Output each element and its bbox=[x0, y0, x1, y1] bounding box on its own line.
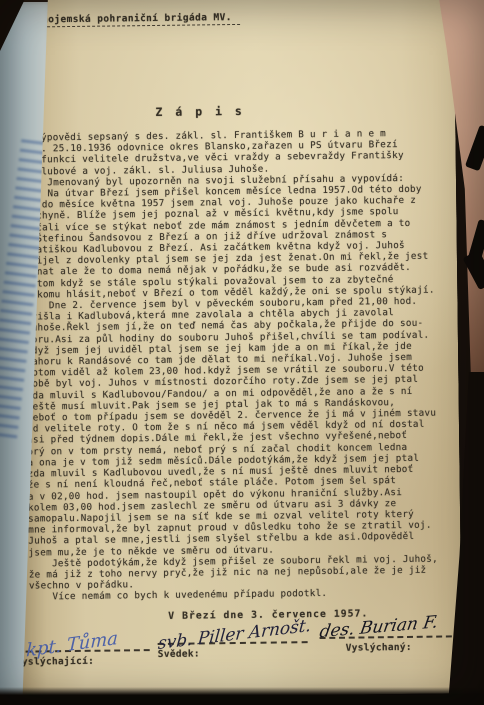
document-page: znojemská pohraniční brigáda MV. Z á p i… bbox=[12, 0, 463, 699]
document-body: o výpovědi sepsaný s des. zákl. sl. Fran… bbox=[23, 127, 459, 603]
signature-block-interrogator: kpt. Tůma Vyslýchající: bbox=[15, 631, 153, 668]
signature-block-witness: svb. Piller Arnošt. Svědek: bbox=[157, 623, 327, 660]
document-paragraph: Na útvar Březí jsem přišel koncem měsíce… bbox=[24, 183, 455, 300]
document-paragraph: Dne 2. července jsem byl v pěveckém soub… bbox=[25, 295, 458, 558]
dark-background-bottom bbox=[0, 687, 484, 705]
document-photo: znojemská pohraniční brigáda MV. Z á p i… bbox=[0, 0, 484, 705]
signature-block-interrogated: des. Burian F. Vyslýchaný: bbox=[319, 615, 465, 654]
document-paragraph: o výpovědi sepsaný s des. zákl. sl. Fran… bbox=[23, 127, 454, 177]
document-title: Z á p i s bbox=[13, 101, 455, 120]
interrogated-label: Vyslýchaný: bbox=[346, 641, 466, 653]
document-paragraph: Ještě podotýkám,že když jsem přišel ze s… bbox=[29, 553, 459, 592]
document-header: znojemská pohraniční brigáda MV. bbox=[22, 12, 240, 28]
